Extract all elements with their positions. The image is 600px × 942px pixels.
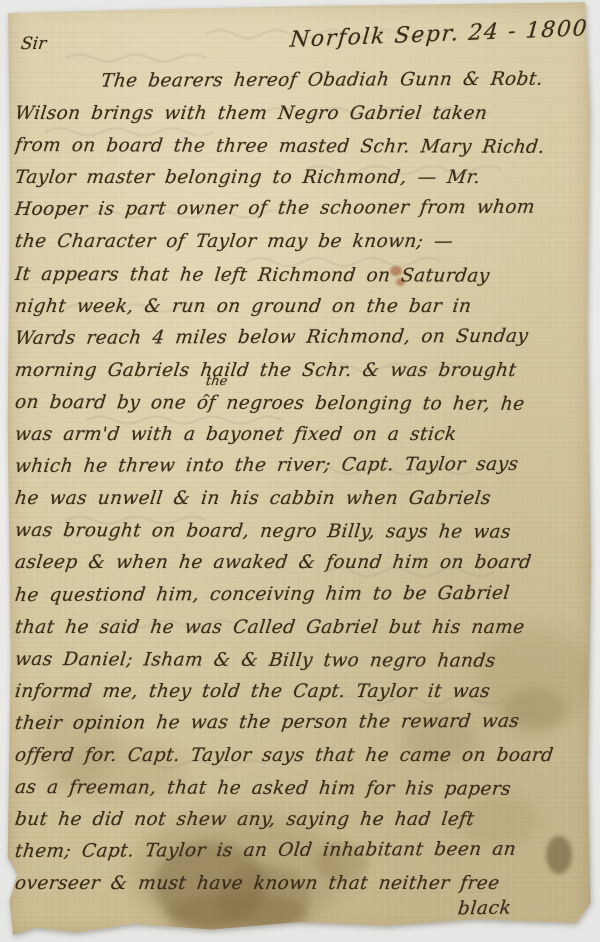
letter-line: asleep & when he awaked & found him on b… (13, 547, 589, 579)
letter-line: was brought on board, negro Billy, says … (13, 515, 588, 549)
letter-body: The bearers hereof Obadiah Gunn & Robt. … (15, 66, 587, 900)
dateline: Norfolk Sepr. 24 - 1800 (289, 16, 589, 53)
letter-line: that he said he was Called Gabriel but h… (13, 612, 589, 644)
letter-page: Norfolk Sepr. 24 - 1800 Sir The bearers … (6, 0, 592, 938)
scan-background: Norfolk Sepr. 24 - 1800 Sir The bearers … (0, 0, 600, 942)
caret-mark: ^ (202, 392, 211, 405)
letter-line: their opinion he was the person the rewa… (13, 705, 589, 740)
letter-line: Wilson brings with them Negro Gabriel ta… (13, 98, 589, 130)
letter-line: overseer & must have known that neither … (13, 868, 589, 900)
catchword: black (457, 898, 513, 920)
inserted-word: the (205, 374, 228, 389)
letter-line: he questiond him, conceiving him to be G… (13, 577, 589, 612)
letter-line: offerd for. Capt. Taylor says that he ca… (13, 740, 589, 772)
letter-line: informd me, they told the Capt. Taylor i… (13, 676, 589, 708)
salutation: Sir (20, 34, 48, 54)
letter-line: morning Gabriels haild the Schr. & was b… (13, 355, 589, 387)
letter-line: It appears that he left Richmond on Satu… (13, 259, 588, 293)
letter-line: night week, & run on ground on the bar i… (13, 291, 589, 323)
letter-line: from on board the three masted Schr. Mar… (13, 130, 588, 164)
letter-line: was Daniel; Isham & & Billy two negro ha… (13, 644, 588, 678)
letter-line: on board by one of negroes belonging to … (13, 387, 588, 421)
letter-line: Wards reach 4 miles below Richmond, on S… (13, 320, 589, 355)
letter-line: as a freeman, that he asked him for his … (13, 772, 588, 806)
letter-line: was arm'd with a bayonet fixed on a stic… (13, 419, 589, 451)
letter-line: he was unwell & in his cabbin when Gabri… (13, 483, 589, 515)
letter-line: The bearers hereof Obadiah Gunn & Robt. (13, 64, 589, 99)
letter-line: but he did not shew any, saying he had l… (13, 804, 589, 836)
letter-line: Taylor master belonging to Richmond, — M… (13, 162, 589, 194)
letter-paper-wrapper: Norfolk Sepr. 24 - 1800 Sir The bearers … (6, 0, 592, 938)
letter-line: which he threw into the river; Capt. Tay… (13, 449, 589, 484)
letter-line: the Character of Taylor may be known; — (13, 226, 589, 258)
letter-line: them; Capt. Taylor is an Old inhabitant … (13, 834, 589, 869)
letter-line: Hooper is part owner of the schooner fro… (13, 192, 589, 227)
